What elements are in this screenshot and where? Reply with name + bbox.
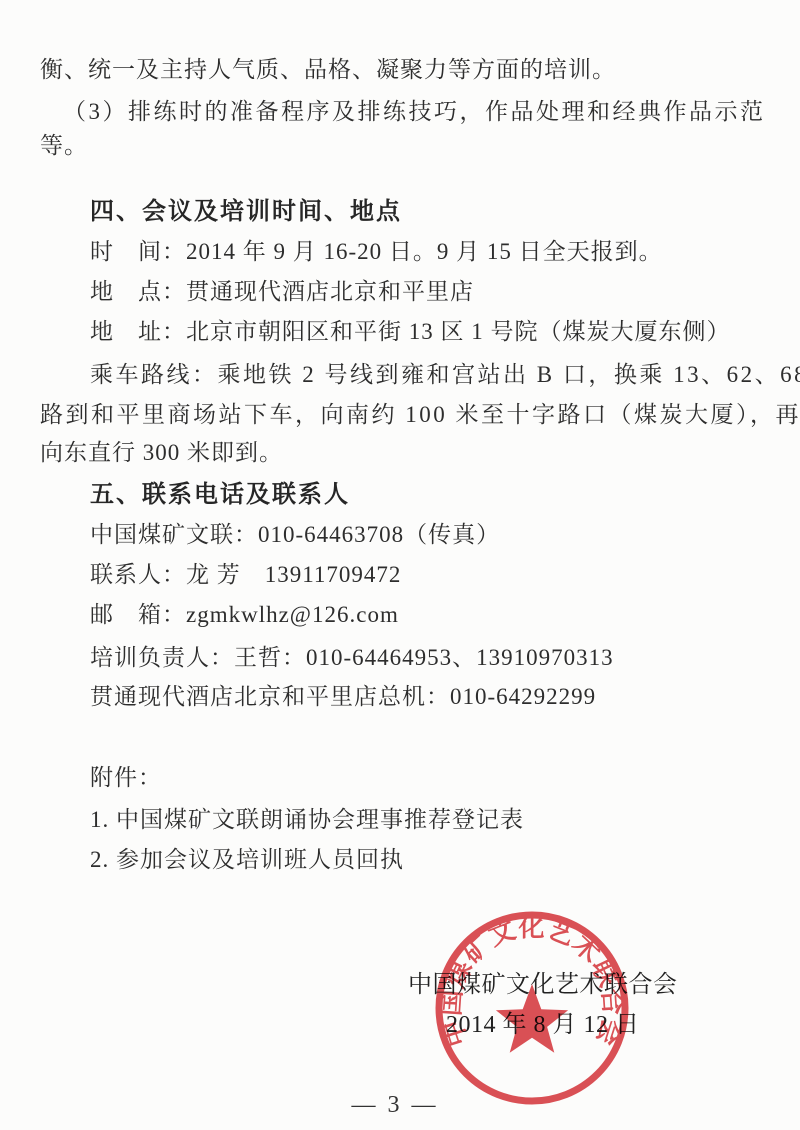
time-line: 时 间：2014 年 9 月 16-20 日。9 月 15 日全天报到。 xyxy=(90,235,663,269)
route-line: 向东直行 300 米即到。 xyxy=(40,436,283,470)
hotel-phone-line: 贯通现代酒店北京和平里店总机：010-64292299 xyxy=(90,680,596,714)
venue-line: 地 点：贯通现代酒店北京和平里店 xyxy=(90,275,474,309)
contact-email-line: 邮 箱：zgmkwlhz@126.com xyxy=(90,598,399,632)
official-seal: 中国煤矿文化艺术联合会 xyxy=(417,893,647,1123)
paragraph-line: （3）排练时的准备程序及排练技巧，作品处理和经典作品示范 xyxy=(63,95,766,129)
seal-star-icon xyxy=(496,984,568,1053)
paragraph-line: 衡、统一及主持人气质、品格、凝聚力等方面的培训。 xyxy=(40,53,616,87)
page-number: — 3 — xyxy=(0,1092,790,1119)
scanned-document-page: 衡、统一及主持人气质、品格、凝聚力等方面的培训。 （3）排练时的准备程序及排练技… xyxy=(0,0,800,1130)
attachments-label: 附件： xyxy=(90,761,162,795)
attachment-item-1: 1. 中国煤矿文联朗诵协会理事推荐登记表 xyxy=(90,803,524,837)
route-line: 路到和平里商场站下车，向南约 100 米至十字路口（煤炭大厦），再 xyxy=(40,398,800,432)
contact-person-line: 联系人：龙 芳 13911709472 xyxy=(90,558,401,592)
address-line: 地 址：北京市朝阳区和平街 13 区 1 号院（煤炭大厦东侧） xyxy=(90,315,731,349)
section-heading-5: 五、联系电话及联系人 xyxy=(90,478,350,512)
route-line: 乘车路线：乘地铁 2 号线到雍和宫站出 B 口，换乘 13、62、684 xyxy=(90,358,800,392)
attachment-item-2: 2. 参加会议及培训班人员回执 xyxy=(90,843,404,877)
contact-fax-line: 中国煤矿文联：010-64463708（传真） xyxy=(90,518,500,552)
training-lead-line: 培训负责人：王哲：010-64464953、13910970313 xyxy=(90,641,614,675)
section-heading-4: 四、会议及培训时间、地点 xyxy=(90,195,402,229)
paragraph-line: 等。 xyxy=(40,129,88,163)
